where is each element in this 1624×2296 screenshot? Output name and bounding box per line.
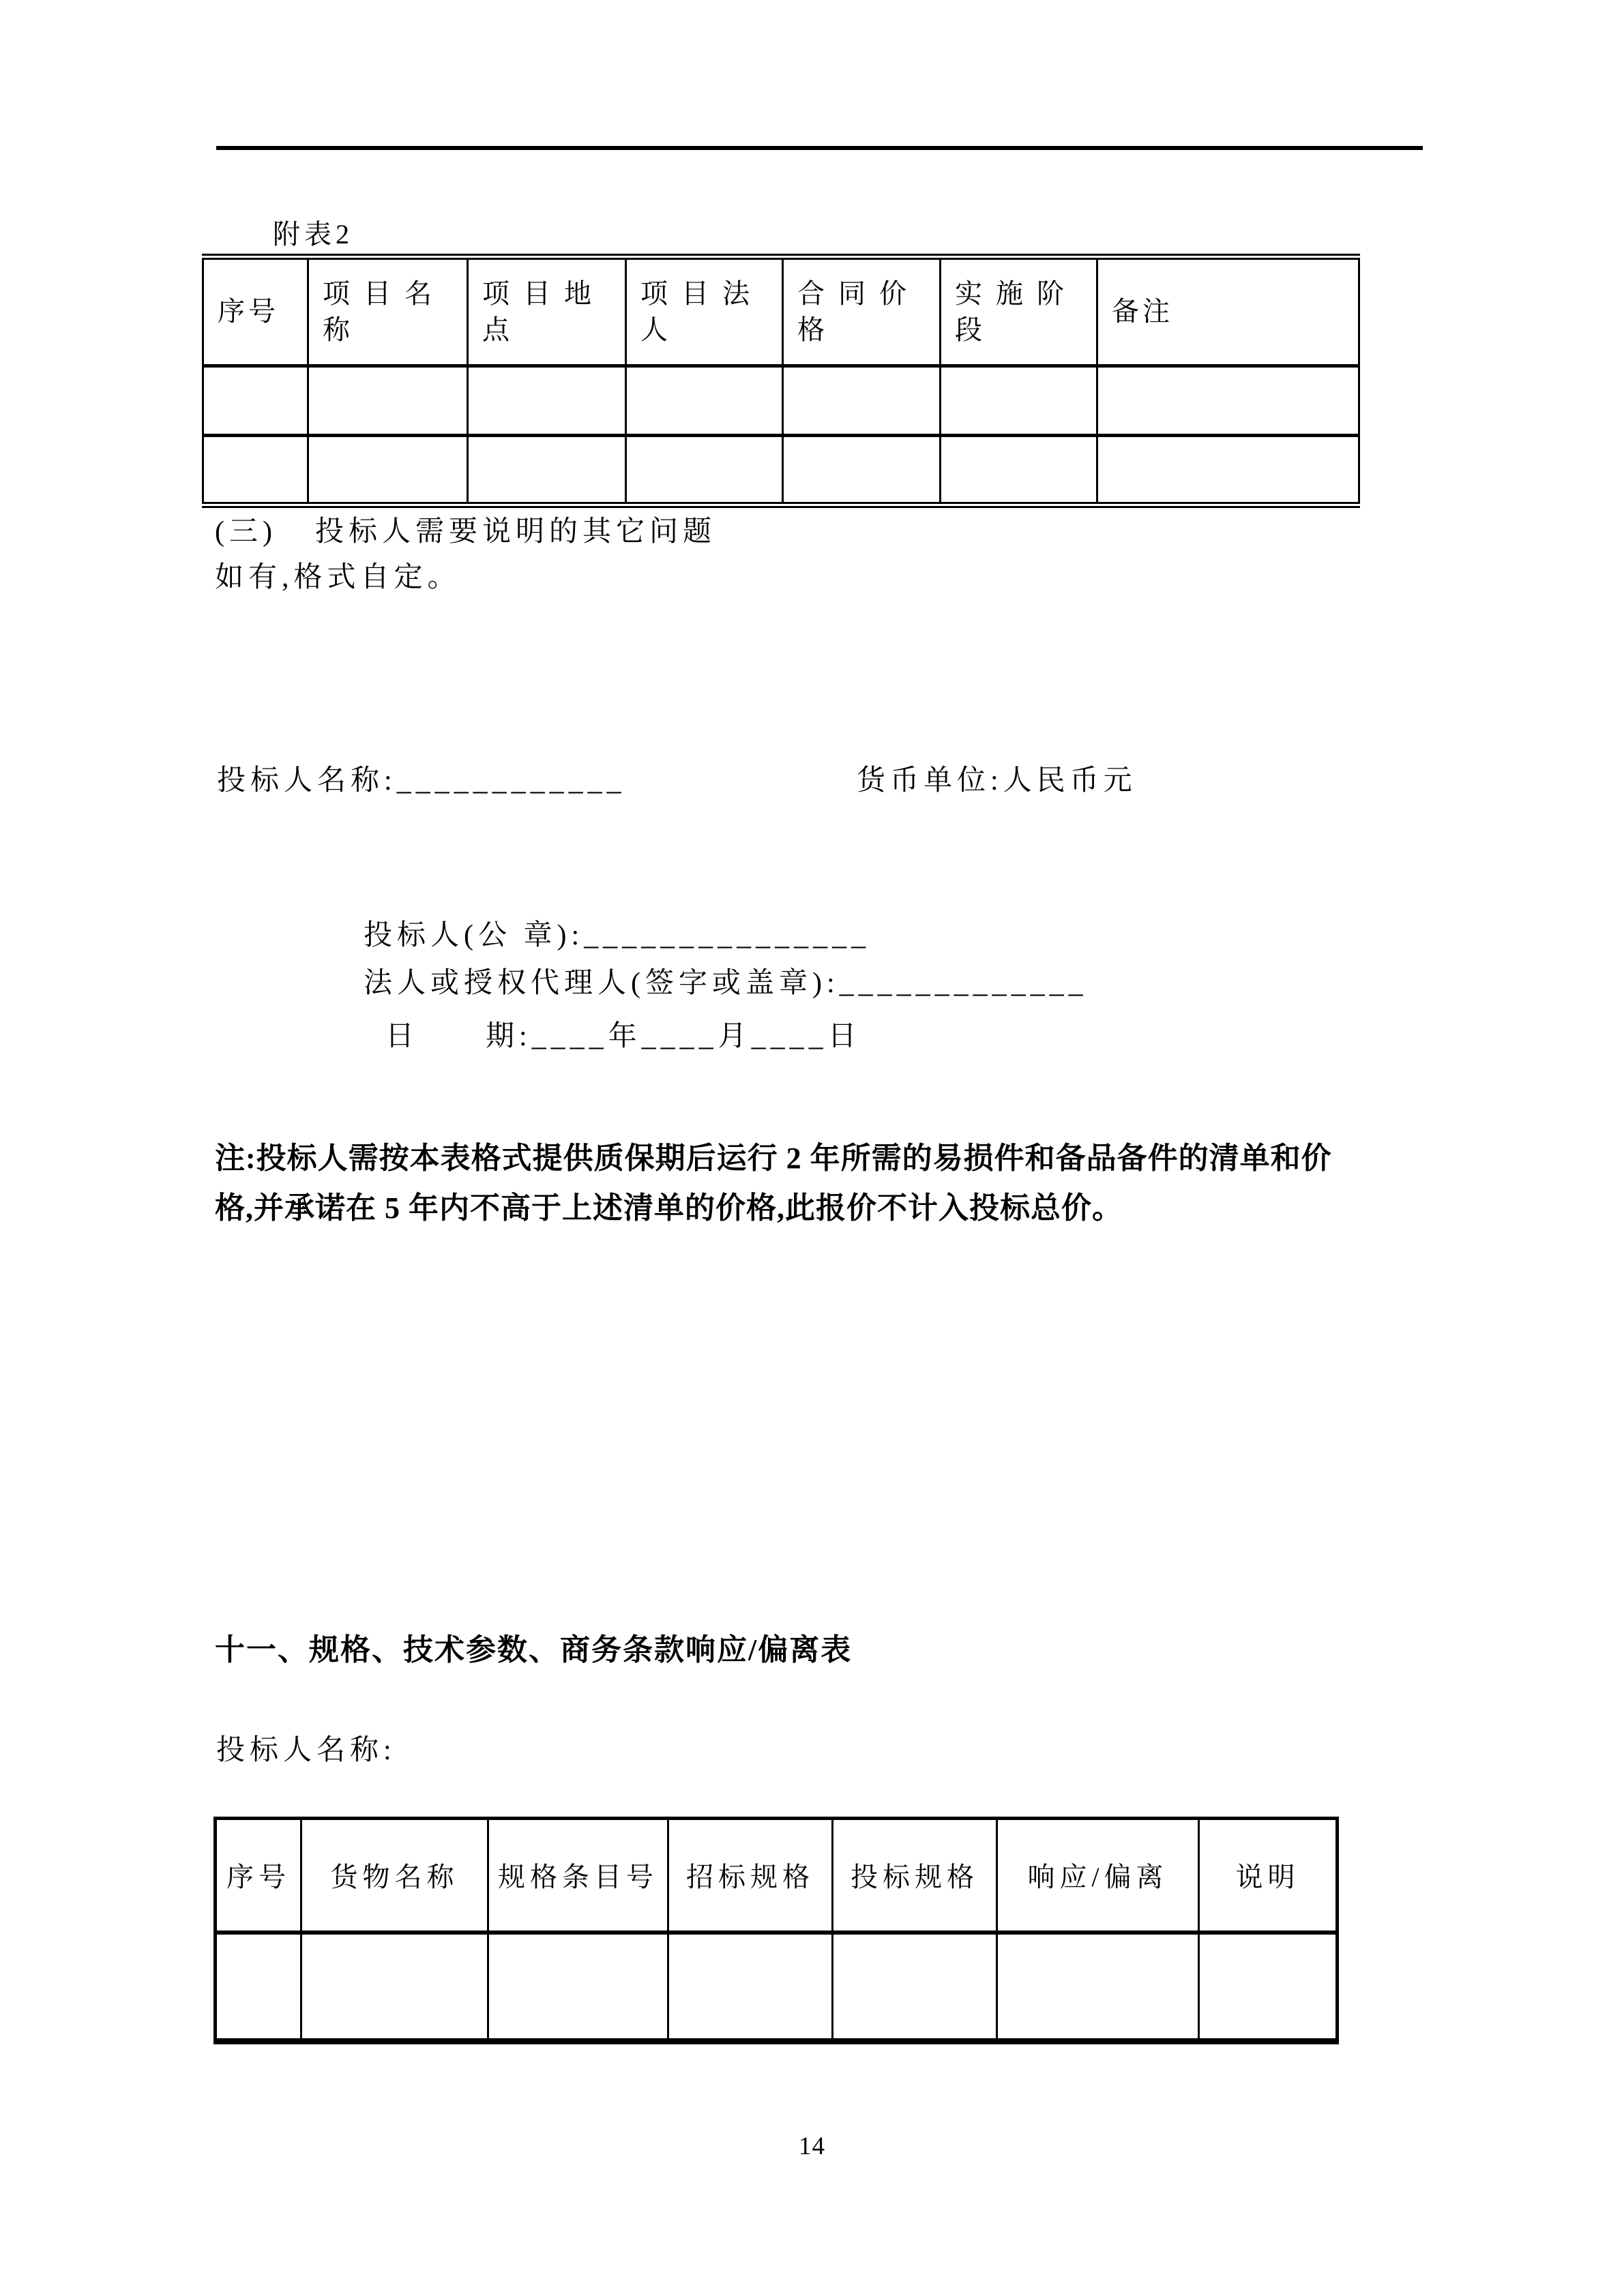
t1-header-project-legal-person: 项 目 法 人 [626,257,783,366]
section3-body: 如有,格式自定。 [215,559,461,597]
t1-empty-cell [468,436,626,505]
t2-header-row: 序号 货物名称 规格条目号 招标规格 投标规格 响应/偏离 说明 [216,1819,1338,1933]
bidder-seal-blank: _______________ [584,920,870,951]
note-paragraph: 注:投标人需按本表格式提供质保期后运行 2 年所需的易损件和备品备件的清单和价 … [215,1133,1388,1233]
t2-empty-cell [668,1933,833,2042]
t1-empty-cell [626,366,783,436]
t1-empty-cell [203,366,308,436]
legal-representative-blank: _____________ [840,968,1088,999]
section11-title: 十一、规格、技术参数、商务条款响应/偏离表 [215,1631,852,1669]
bidder-name-blank: ____________ [397,765,626,796]
t1-empty-row [203,436,1359,505]
t2-empty-cell [216,1933,301,2042]
bidder-seal-label: 投标人(公 章): [364,920,584,951]
header-rule [216,146,1423,150]
spec-deviation-table: 序号 货物名称 规格条目号 招标规格 投标规格 响应/偏离 说明 [213,1817,1339,2044]
legal-representative-label: 法人或授权代理人(签字或盖章): [364,968,840,999]
project-reference-table: 序号 项 目 名 称 项 目 地 点 项 目 法 人 合 同 价 格 实 施 阶… [202,254,1360,508]
t1-header-remarks: 备注 [1097,257,1359,366]
t2-empty-cell [301,1933,488,2042]
attachment-table-label: 附表2 [273,213,353,252]
t1-empty-cell [308,436,468,505]
bidder-name-label: 投标人名称: [217,765,397,796]
section3-title: 投标人需要说明的其它问题 [315,516,716,548]
t2-empty-row [216,1933,1338,2042]
t2-header-bid-spec: 投标规格 [833,1819,997,1933]
t1-header-project-name: 项 目 名 称 [308,257,468,366]
bidder-seal-line: 投标人(公 章):_______________ [364,917,870,955]
t1-empty-cell [783,436,941,505]
section3-heading: (三)投标人需要说明的其它问题 [215,513,716,551]
t1-header-project-location: 项 目 地 点 [468,257,626,366]
page-number: 14 [0,2132,1624,2161]
t2-empty-cell [997,1933,1199,2042]
document-page: 附表2 序号 项 目 名 称 项 目 地 点 项 目 法 人 合 同 价 格 实… [0,0,1624,2296]
t2-empty-cell [488,1933,668,2042]
t2-empty-cell [1199,1933,1338,2042]
t1-empty-cell [1097,366,1359,436]
currency-unit-label: 货币单位:人民币元 [857,762,1137,800]
t1-header-row: 序号 项 目 名 称 项 目 地 点 项 目 法 人 合 同 价 格 实 施 阶… [203,257,1359,366]
bidder-name-line: 投标人名称:____________ [217,762,626,800]
section11-bidder-name-label: 投标人名称: [216,1732,396,1770]
section3-number: (三) [215,516,277,548]
t1-empty-cell [626,436,783,505]
t1-header-contract-price: 合 同 价 格 [783,257,941,366]
t2-header-spec-item-no: 规格条目号 [488,1819,668,1933]
t1-empty-cell [1097,436,1359,505]
t1-empty-cell [941,436,1097,505]
t2-header-response-deviation: 响应/偏离 [997,1819,1199,1933]
t1-empty-cell [203,436,308,505]
t1-header-index: 序号 [203,257,308,366]
t1-empty-row [203,366,1359,436]
t1-empty-cell [308,366,468,436]
t1-header-implementation-phase: 实 施 阶 段 [941,257,1097,366]
date-line: 日 期:____年____月____日 [385,1018,861,1056]
t1-empty-cell [468,366,626,436]
t2-header-index: 序号 [216,1819,301,1933]
t1-empty-cell [783,366,941,436]
t1-empty-cell [941,366,1097,436]
t2-header-tender-spec: 招标规格 [668,1819,833,1933]
t2-header-description: 说明 [1199,1819,1338,1933]
t2-empty-cell [833,1933,997,2042]
t2-header-goods-name: 货物名称 [301,1819,488,1933]
legal-representative-line: 法人或授权代理人(签字或盖章):_____________ [364,965,1088,1002]
